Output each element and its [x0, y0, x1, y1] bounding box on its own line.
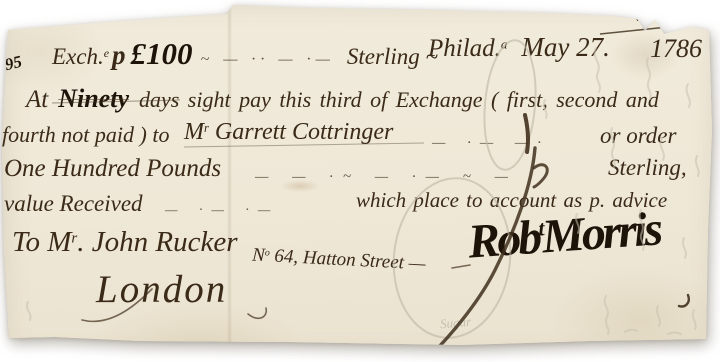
addressee-street: No 64, Hatton Street — — [252, 245, 426, 273]
exchange-amount: £100 — [131, 38, 193, 69]
per-symbol: p — [112, 42, 126, 69]
flourish-dashes: — ·— ·— — [165, 204, 279, 218]
signature-robert-morris: RobtMorris — [467, 205, 662, 266]
pencil-note: Sugar — [439, 315, 471, 331]
payment-terms-text: days sight pay this third of Exchange ( … — [139, 89, 659, 111]
photo-background: e) o295 Exch.e p £100 ~ — ·· — ·— Sterli… — [0, 0, 720, 362]
or-order-text: or order — [600, 124, 676, 147]
date-month-day: May 27. — [521, 34, 609, 61]
bill-of-exchange-document: e) o295 Exch.e p £100 ~ — ·· — ·— Sterli… — [0, 0, 720, 362]
addressee-line: To Mr. John Rucker — [12, 228, 238, 257]
exchange-abbrev: Exch.e — [52, 45, 109, 68]
place-name: Philad.a — [428, 36, 507, 61]
addressee-city: London — [96, 270, 227, 309]
copies-clause: fourth not paid ) to — [2, 124, 169, 146]
flourish-dashes: — — ·~ — ·— ~ — — [255, 170, 518, 185]
payee-name: Mr Garrett Cottringer — [184, 120, 393, 144]
at-word: At — [26, 87, 48, 112]
term-ninety: Ninety — [58, 86, 129, 112]
exchange-header-line: Exch.e p £100 ~ — ·· — ·— Sterling ~ — [52, 38, 438, 69]
dateline: Philad.a May 27. — [428, 34, 610, 61]
value-received-text: value Received — [4, 192, 143, 215]
flourish-dashes: ~ — ·· — ·— — [201, 52, 335, 68]
document-number: o295 — [0, 53, 23, 76]
date-ordinal-superscript: th — [636, 10, 648, 25]
flourish-dashes: — ·— —· — [432, 136, 550, 151]
sterling-label: Sterling, — [608, 156, 687, 179]
payment-terms-line: At Ninety days sight pay this third of E… — [26, 86, 659, 112]
document-number-digits: 295 — [0, 52, 24, 76]
corner-mark: e) — [0, 24, 7, 45]
sterling-label: Sterling ~ — [347, 45, 438, 68]
amount-in-words: One Hundred Pounds — [4, 156, 221, 181]
date-year: 1786 — [650, 36, 702, 62]
corner-mark-paren: ) — [0, 22, 7, 46]
paper-shadow: e) o295 Exch.e p £100 ~ — ·· — ·— Sterli… — [0, 0, 720, 362]
